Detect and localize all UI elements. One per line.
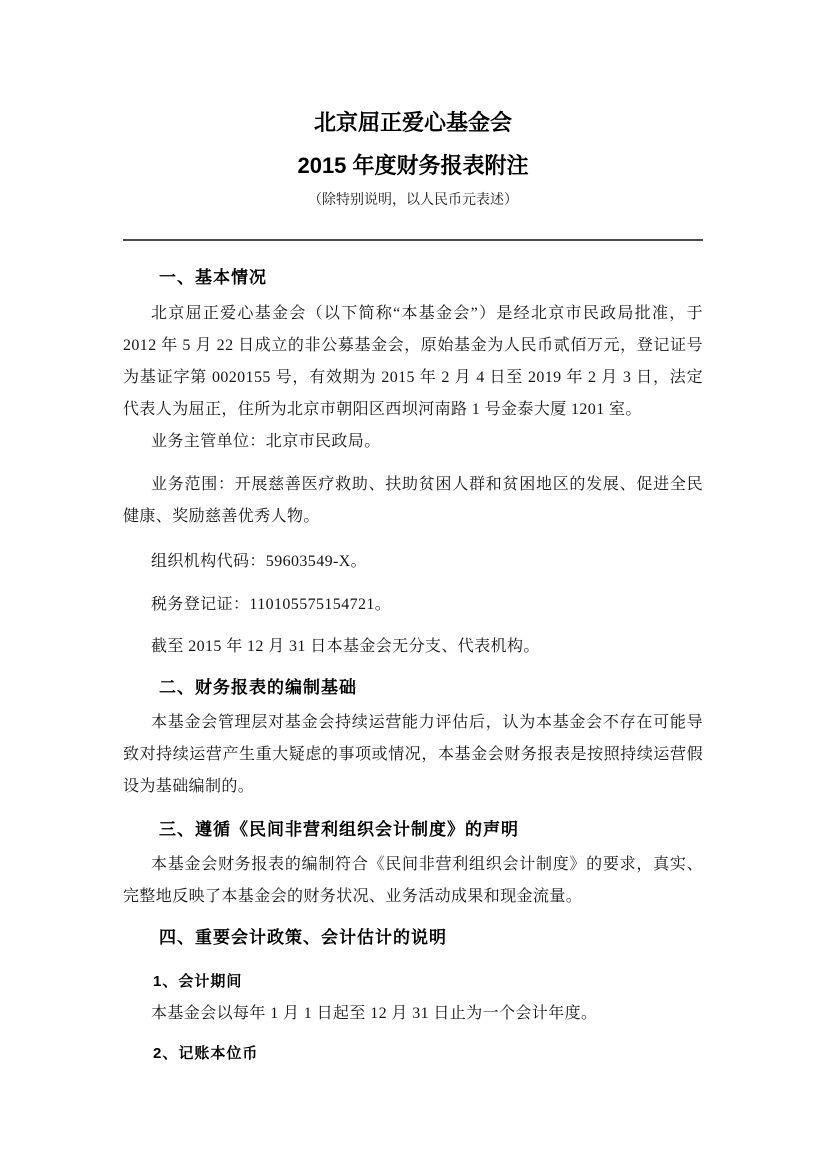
paragraph-compliance-statement: 本基金会财务报表的编制符合《民间非营利组织会计制度》的要求，真实、完整地反映了本… [123,849,703,913]
document-subtitle: 2015 年度财务报表附注 [123,153,703,179]
paragraph-tax-registration: 税务登记证：110105575154721。 [123,589,703,621]
sub-heading-accounting-period: 1、会计期间 [123,966,733,998]
section-heading-4: 四、重要会计政策、会计估计的说明 [123,922,739,954]
document-title: 北京屈正爱心基金会 [123,110,703,136]
document-header: 北京屈正爱心基金会 2015 年度财务报表附注 （除特别说明，以人民币元表述） [123,110,703,211]
document-note: （除特别说明，以人民币元表述） [123,191,703,211]
paragraph-preparation-basis: 本基金会管理层对基金会持续运营能力评估后，认为本基金会不存在可能导致对持续运营产… [123,707,703,803]
section-heading-3: 三、遵循《民间非营利组织会计制度》的声明 [123,814,739,846]
section-heading-1: 一、基本情况 [123,262,739,294]
paragraph-org-code: 组织机构代码：59603549-X。 [123,546,703,578]
paragraph-supervisor-unit: 业务主管单位：北京市民政局。 [123,426,703,458]
paragraph-business-scope: 业务范围：开展慈善医疗救助、扶助贫困人群和贫困地区的发展、促进全民健康、奖励慈善… [123,469,703,533]
sub-heading-functional-currency: 2、记账本位币 [123,1038,733,1070]
section-heading-2: 二、财务报表的编制基础 [123,672,739,704]
document-page: 北京屈正爱心基金会 2015 年度财务报表附注 （除特别说明，以人民币元表述） … [0,0,826,1169]
paragraph-fiscal-year: 本基金会以每年 1 月 1 日起至 12 月 31 日止为一个会计年度。 [123,998,703,1030]
paragraph-basic-info: 北京屈正爱心基金会（以下简称“本基金会”）是经北京市民政局批准，于 2012 年… [123,298,703,426]
header-divider [123,239,703,241]
paragraph-no-branches: 截至 2015 年 12 月 31 日本基金会无分支、代表机构。 [123,631,703,663]
